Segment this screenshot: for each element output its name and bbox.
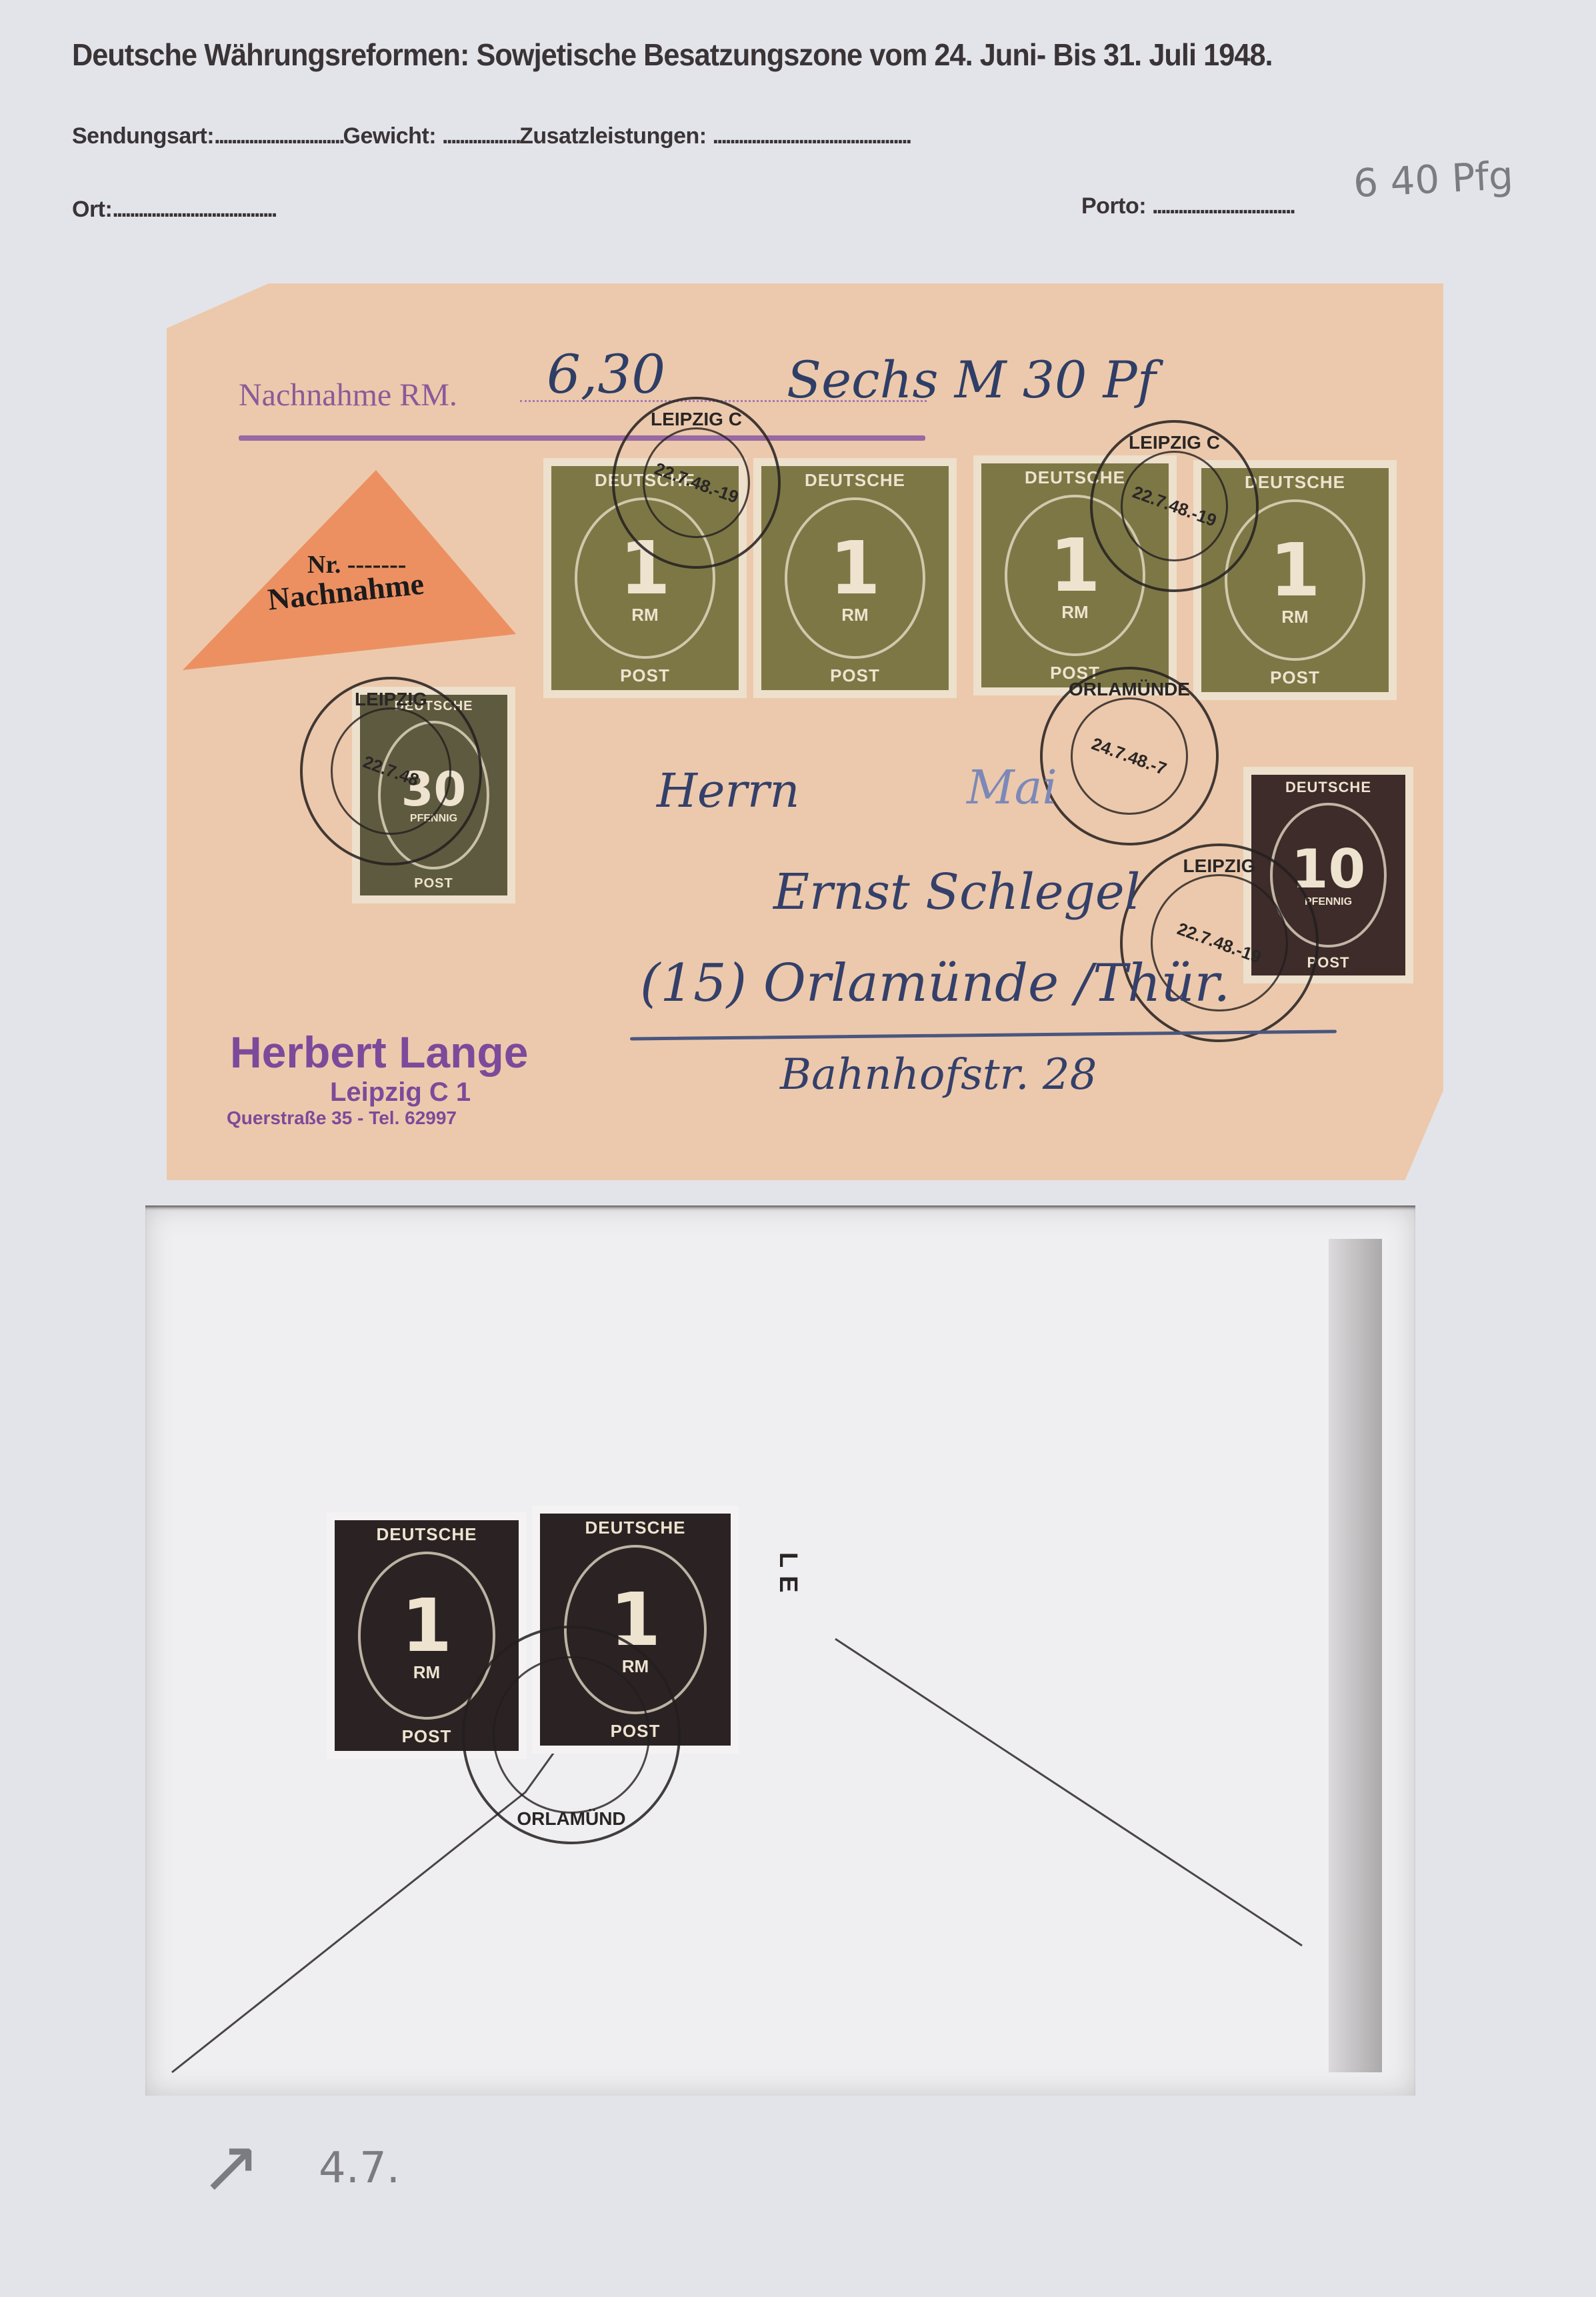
cod-underline [239, 435, 925, 441]
envelope-edge-shadow [1329, 1239, 1382, 2072]
sender-stamp: Herbert Lange Leipzig C 1 Querstraße 35 … [230, 1027, 528, 1129]
gewicht-label: Gewicht: [343, 123, 437, 149]
cod-stamp-label: Nachnahme RM. [239, 377, 457, 413]
sendungsart-label: Sendungsart: [72, 123, 214, 149]
address-city: (15) Orlamünde /Thür. [640, 953, 1230, 1013]
ort-label: Ort: [72, 197, 112, 222]
form-row-1: Sendungsart:............................… [72, 123, 910, 149]
cod-triangle-title: Nachnahme [266, 565, 425, 617]
form-row-porto: Porto: ................................. [1081, 193, 1294, 219]
address-street: Bahnhofstr. 28 [780, 1050, 1097, 1099]
cover-front: Nachnahme RM. 6,30 Sechs M 30 Pf Nr. ---… [167, 283, 1443, 1180]
postmark-leipzig: LEIPZIG C 22.7.48.-19 [612, 397, 781, 569]
postmark-orlamuende: ORLAMÜNDE 24.7.48.-7 [1040, 667, 1219, 845]
porto-label: Porto: [1081, 193, 1146, 219]
page-title: Deutsche Währungsreformen: Sowjetische B… [72, 37, 1451, 73]
cod-triangle-label: Nr. ------- Nachnahme [183, 470, 516, 670]
sender-city: Leipzig C 1 [330, 1077, 528, 1107]
cover-back: DEUTSCHE 1RM POST DEUTSCHE 1RM POST ORLA… [145, 1206, 1415, 2096]
porto-handwritten-value: 6 40 Pfg [1352, 153, 1514, 206]
porto-field[interactable]: ................................. [1152, 193, 1294, 219]
stamp-1rm: DEUTSCHE 1RM POST [753, 458, 957, 698]
label-mark: LE [773, 1552, 802, 1601]
cod-amount-handwritten: 6,30 [547, 343, 665, 405]
postmark-leipzig: LEIPZIG C 22.7.48.-19 [1090, 420, 1259, 592]
postmark-leipzig: LEIPZIG 22.7.48 [300, 677, 482, 865]
form-row-ort: Ort:....................................… [72, 197, 275, 223]
sender-name: Herbert Lange [230, 1027, 528, 1077]
address-name: Ernst Schlegel [773, 863, 1140, 921]
address-note: Mai [967, 760, 1057, 815]
zusatzleistungen-field[interactable]: ........................................… [713, 123, 911, 149]
cod-amount-words: Sechs M 30 Pf [787, 350, 1156, 409]
postmark-orlamuende-back: ORLAMÜND [462, 1626, 681, 1844]
sender-street: Querstraße 35 - Tel. 62997 [227, 1107, 528, 1129]
pencil-date-note: 4.7. [319, 2144, 400, 2193]
address-salutation: Herrn [657, 763, 799, 818]
gewicht-field[interactable]: .................. [442, 123, 519, 149]
zusatzleistungen-label: Zusatzleistungen: [519, 123, 707, 149]
arrow-icon: ↗ [200, 2124, 261, 2209]
sendungsart-field[interactable]: .............................. [214, 123, 343, 149]
ort-field[interactable]: ...................................... [112, 197, 275, 222]
